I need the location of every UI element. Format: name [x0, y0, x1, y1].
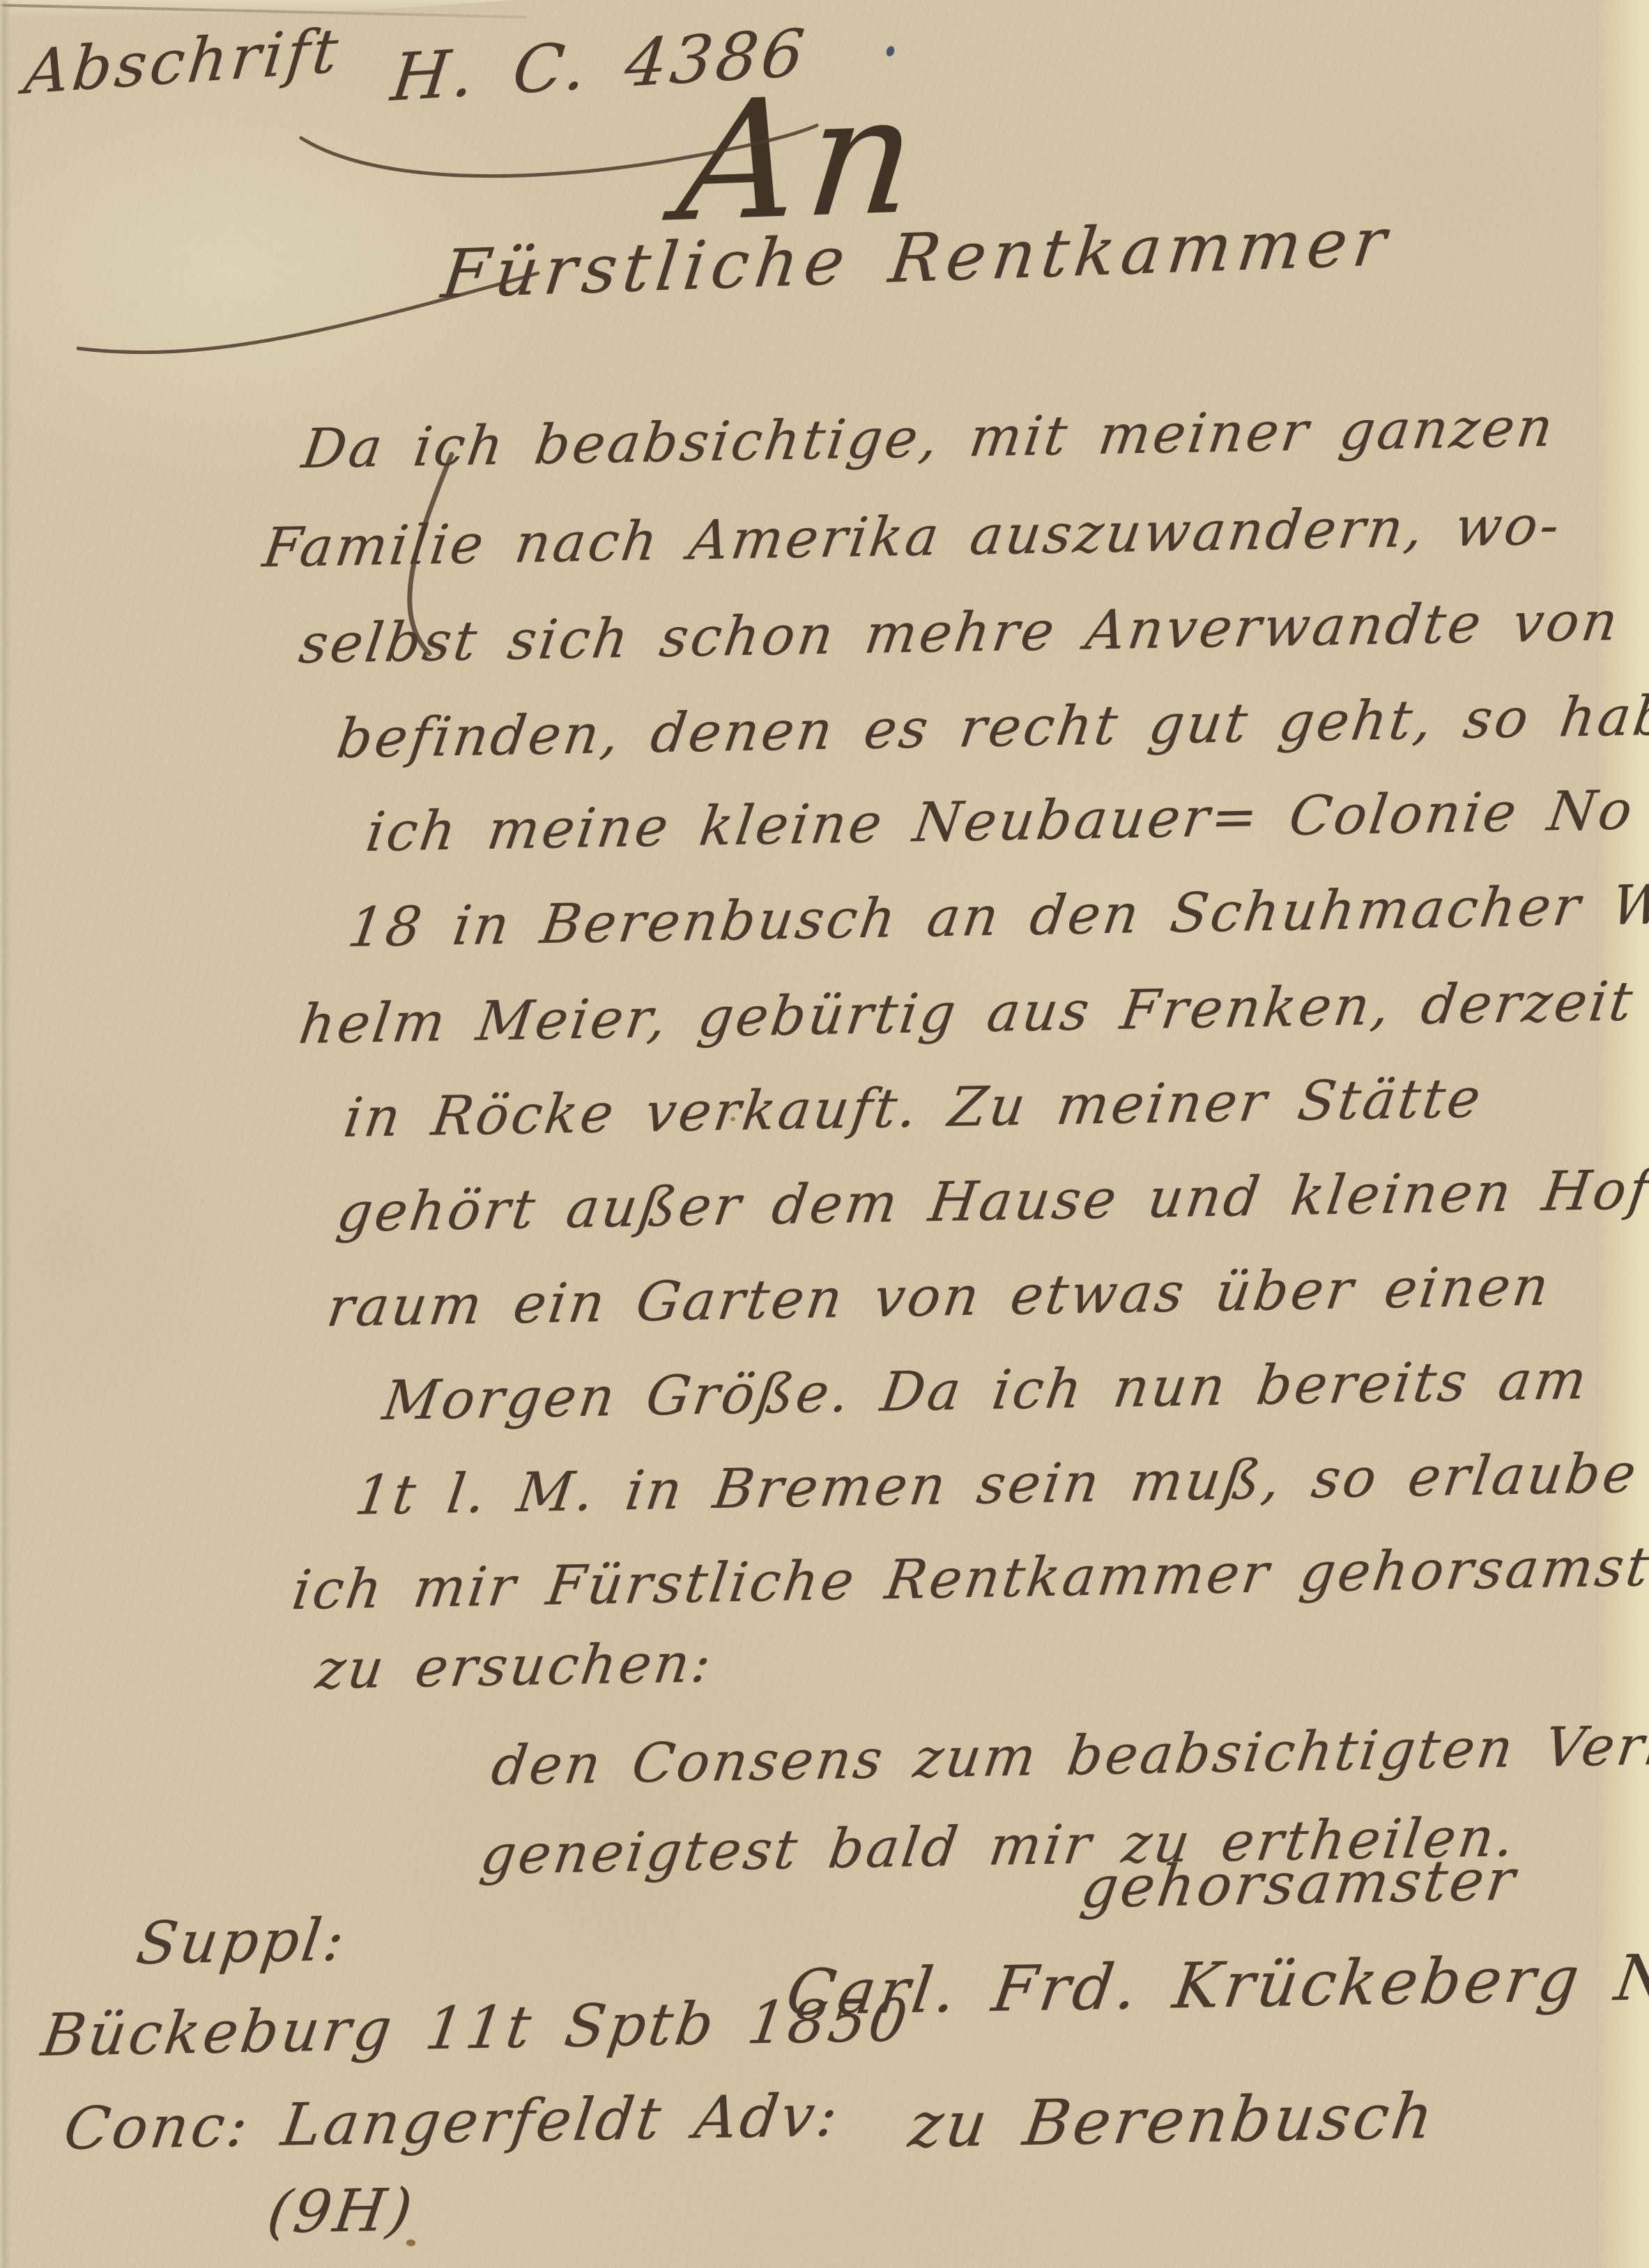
- body-line: 18 in Berenbusch an den Schuhmacher Wil-: [344, 872, 1649, 959]
- body-line: zu ersuchen:: [312, 1632, 717, 1702]
- body-line: ich meine kleine Neubauer= Colonie No: [362, 779, 1639, 864]
- signature-name: Carl. Frd. Krückeberg No 18: [782, 1938, 1649, 2030]
- body-line: 1t l. M. in Bremen sein muß, so erlaube: [351, 1442, 1643, 1527]
- recipient-line: Fürstliche Rentkammer: [438, 203, 1396, 314]
- body-line: in Röcke verkauft. Zu meiner Stätte: [340, 1067, 1487, 1150]
- signature-place: zu Berenbusch: [905, 2080, 1441, 2162]
- petition-line: den Consens zum beabsichtigten Verkaufe: [488, 1712, 1649, 1798]
- valediction: gehorsamster: [1077, 1847, 1521, 1921]
- paraph: (9H): [263, 2175, 419, 2246]
- paper-left-edge-highlight: [0, 0, 5, 2268]
- body-line: Familie nach Amerika auszuwandern, wo-: [259, 495, 1566, 580]
- place-date: Bückeburg 11t Sptb 1850: [38, 1986, 914, 2069]
- body-line: ich mir Fürstliche Rentkammer gehorsamst: [289, 1536, 1649, 1622]
- ink-speck: [885, 45, 896, 58]
- scanned-letter: { "annotations": { "copy_note": "Abschri…: [0, 0, 1649, 2268]
- body-line: Da ich beabsichtige, mit meiner ganzen: [298, 396, 1559, 481]
- copy-annotation: Abschrift: [21, 15, 344, 108]
- suppl-note: Suppl:: [132, 1906, 351, 1977]
- body-line: befinden, denen es recht gut geht, so ha…: [333, 684, 1649, 771]
- concept-note: Conc: Langerfeldt Adv:: [60, 2081, 845, 2163]
- manuscript-page: Abschrift H. C. 4386 An Fürstliche Rentk…: [0, 0, 1649, 2268]
- body-line: Morgen Größe. Da ich nun bereits am: [379, 1349, 1593, 1433]
- body-line: helm Meier, gebürtig aus Frenken, derzei…: [296, 971, 1639, 1056]
- body-line: gehört außer dem Hause und kleinen Hof-: [333, 1159, 1649, 1244]
- body-line: raum ein Garten von etwas über einen: [323, 1255, 1555, 1339]
- paper-right-edge: [1597, 0, 1649, 2268]
- body-line: selbst sich schon mehre Anverwandte von …: [296, 588, 1649, 676]
